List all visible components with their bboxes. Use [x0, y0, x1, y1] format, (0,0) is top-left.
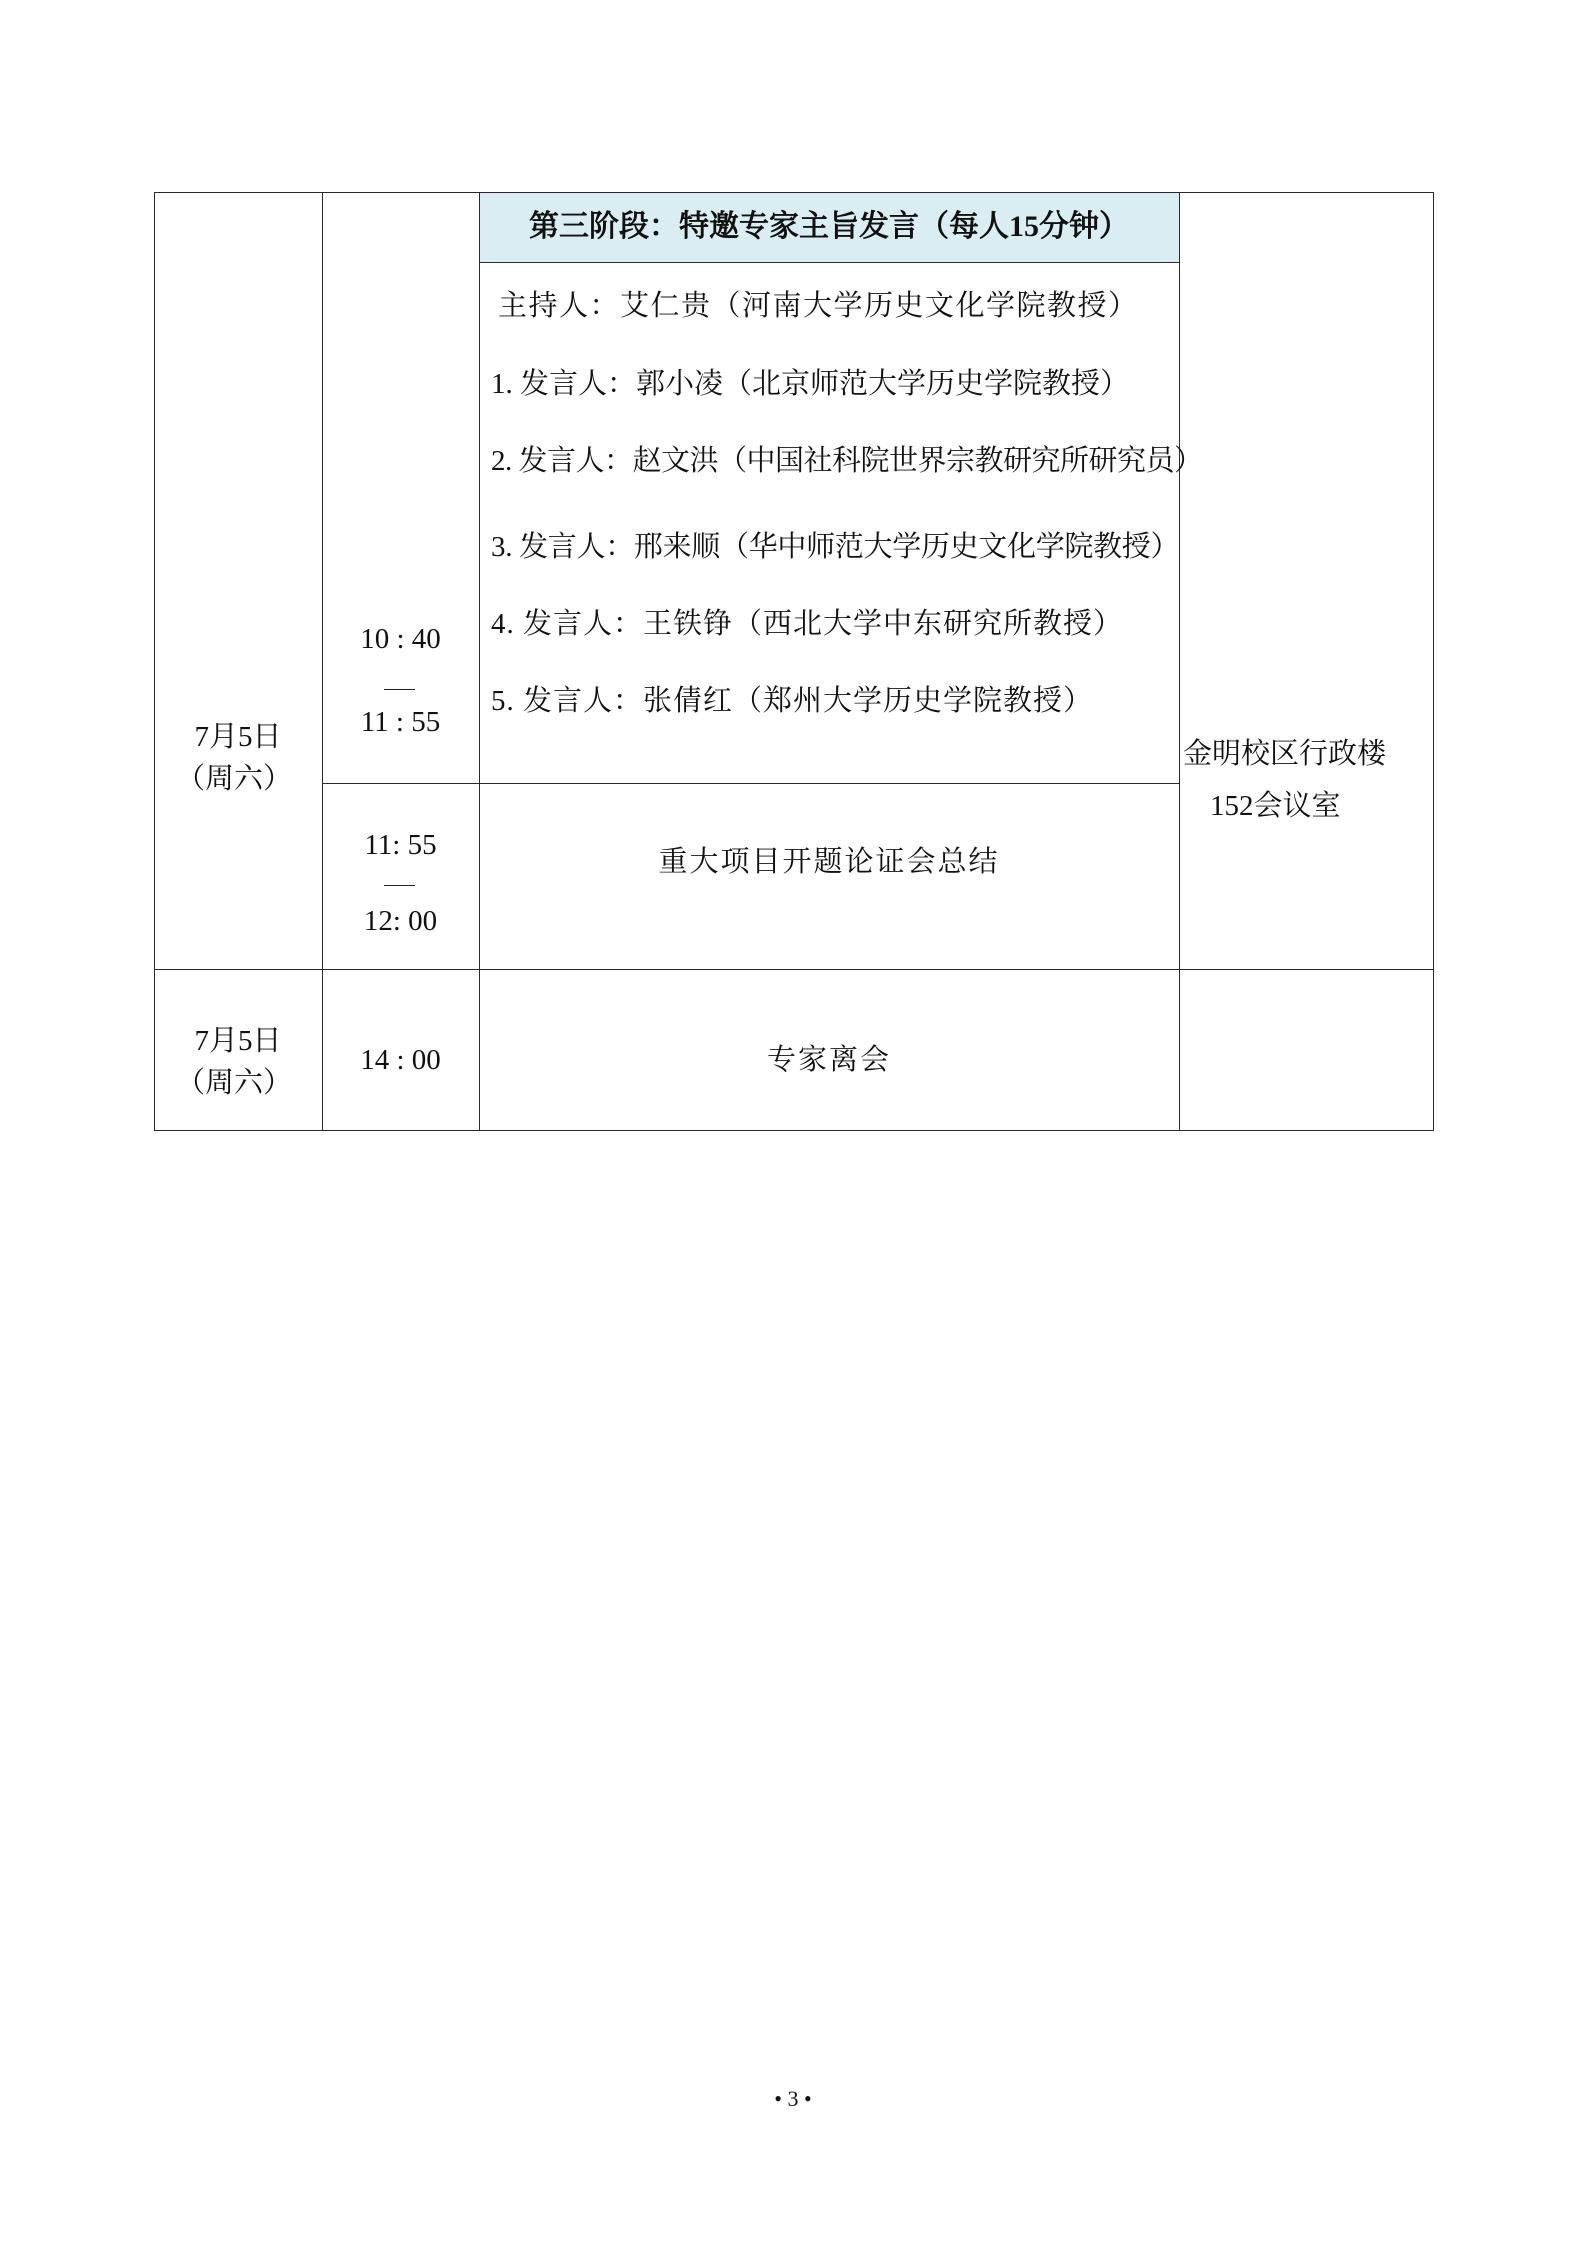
table-border-bottom — [154, 1130, 1434, 1131]
session2-activity: 重大项目开题论证会总结 — [479, 848, 1179, 877]
col-divider-activity-venue — [1179, 192, 1180, 1130]
block2-activity: 专家离会 — [479, 1046, 1179, 1075]
speaker-item: 1. 发言人：郭小凌（北京师范大学历史学院教授） — [491, 370, 1129, 399]
table-border-right — [1433, 192, 1434, 1130]
session-host: 主持人：艾仁贵（河南大学历史文化学院教授） — [498, 292, 1139, 321]
session2-time-end: 12: 00 — [322, 907, 479, 936]
speaker-item: 4. 发言人：王铁铮（西北大学中东研究所教授） — [491, 610, 1123, 639]
table-border-top — [154, 192, 1433, 193]
venue-line1: 金明校区行政楼 — [1183, 740, 1386, 769]
session2-time-separator — [384, 885, 415, 886]
block1-weekday: （周六） — [150, 765, 318, 794]
col-divider-time-activity — [479, 192, 480, 1130]
session2-time-start: 11: 55 — [322, 831, 479, 860]
block2-weekday: （周六） — [150, 1069, 318, 1098]
page-number: • 3 • — [693, 2088, 893, 2110]
speaker-item: 3. 发言人：邢来顺（华中师范大学历史文化学院教授） — [491, 533, 1179, 562]
schedule-table — [154, 192, 1433, 1130]
col-divider-date-time — [322, 192, 323, 1130]
session-divider — [322, 783, 1179, 784]
block1-date: 7月5日 — [154, 723, 322, 752]
session1-time-start: 10 : 40 — [322, 625, 479, 654]
table-border-left — [154, 192, 155, 1130]
block2-time: 14 : 00 — [322, 1046, 479, 1075]
session1-time-separator — [384, 689, 415, 690]
speaker-item: 5. 发言人：张倩红（郑州大学历史学院教授） — [491, 687, 1093, 716]
session1-time-end: 11 : 55 — [322, 708, 479, 737]
block2-date: 7月5日 — [154, 1027, 322, 1056]
block-divider — [154, 969, 1433, 970]
session-header-title: 第三阶段：特邀专家主旨发言（每人15分钟） — [479, 212, 1179, 242]
speaker-item: 2. 发言人：赵文洪（中国社科院世界宗教研究所研究员） — [491, 447, 1203, 476]
venue-line2: 152会议室 — [1210, 792, 1341, 821]
header-divider — [479, 262, 1179, 263]
